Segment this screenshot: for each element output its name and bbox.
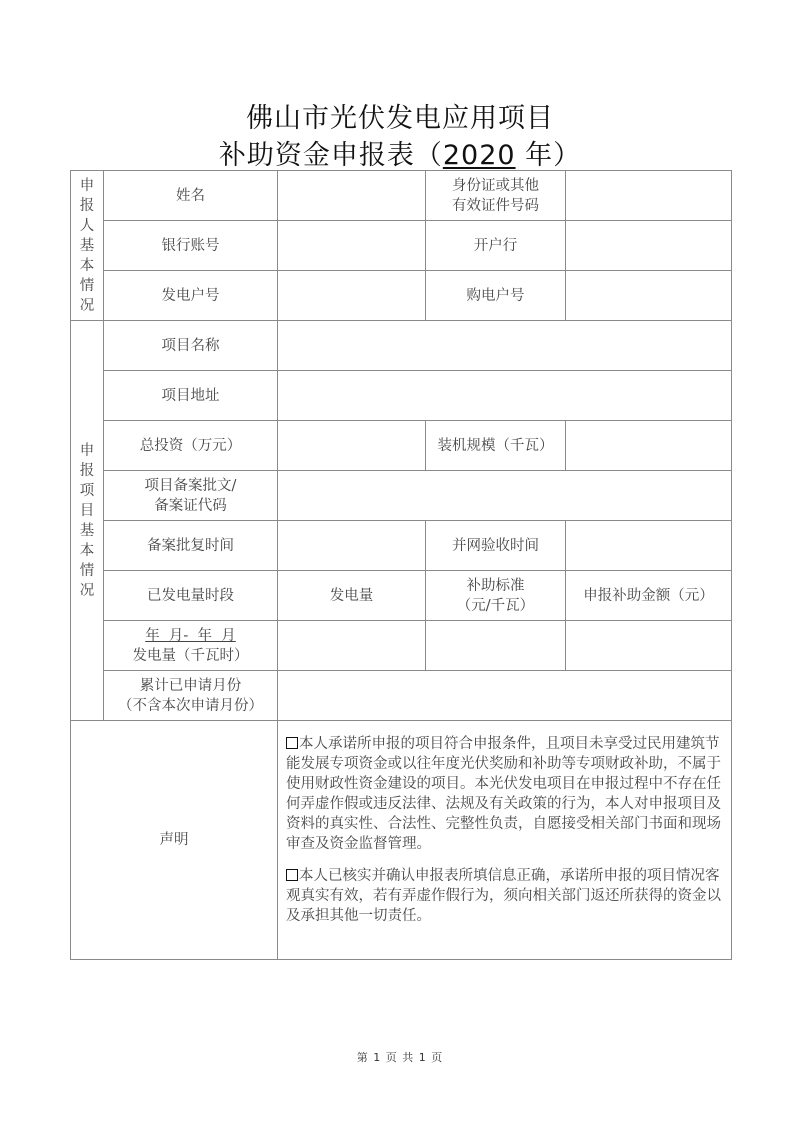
id-number-field[interactable] — [566, 171, 732, 221]
section-char: 报 — [71, 461, 103, 481]
period-unit: 发电量（千瓦时） — [133, 648, 249, 664]
capacity-field[interactable] — [566, 421, 732, 471]
declaration-item-1: 本人承诺所申报的项目符合申报条件，且项目未享受过民用建筑节能发展专项资金或以往年… — [286, 734, 723, 854]
gen-account-label: 发电户号 — [104, 271, 278, 321]
investment-label: 总投资（万元） — [104, 421, 278, 471]
row-declaration: 声明 本人承诺所申报的项目符合申报条件，且项目未享受过民用建筑节能发展专项资金或… — [71, 721, 732, 960]
section-char: 基 — [71, 521, 103, 541]
id-label-line1: 身份证或其他 — [452, 178, 539, 194]
bank-label: 开户行 — [426, 221, 566, 271]
form-title-line1: 佛山市光伏发电应用项目 — [0, 96, 800, 135]
capacity-label: 装机规模（千瓦） — [426, 421, 566, 471]
row-generation-header: 已发电量时段 发电量 补助标准（元/千瓦） 申报补助金额（元） — [71, 571, 732, 621]
period-range: 年 月- 年 月 — [145, 628, 236, 644]
declaration-item-2: 本人已核实并确认申报表所填信息正确，承诺所申报的项目情况客观真实有效，若有弄虚作… — [286, 866, 723, 926]
months-label-line2: （不含本次申请月份） — [118, 698, 263, 714]
grid-time-label: 并网验收时间 — [426, 521, 566, 571]
declaration-item-2-text: 本人已核实并确认申报表所填信息正确，承诺所申报的项目情况客观真实有效，若有弄虚作… — [286, 868, 721, 924]
row-times: 备案批复时间 并网验收时间 — [71, 521, 732, 571]
id-number-label: 身份证或其他有效证件号码 — [426, 171, 566, 221]
row-name: 申 报 人 基 本 情 况 姓名 身份证或其他有效证件号码 — [71, 171, 732, 221]
filing-label-line2: 备案证代码 — [154, 498, 227, 514]
section-char: 目 — [71, 501, 103, 521]
checkbox-icon[interactable] — [286, 737, 298, 749]
project-address-label: 项目地址 — [104, 371, 278, 421]
row-generation-values: 年 月- 年 月发电量（千瓦时） — [71, 621, 732, 671]
project-name-label: 项目名称 — [104, 321, 278, 371]
row-applied-months: 累计已申请月份（不含本次申请月份） — [71, 671, 732, 721]
section-char: 申 — [71, 441, 103, 461]
subsidy-standard-header: 补助标准（元/千瓦） — [426, 571, 566, 621]
subsidy-std-line2: （元/千瓦） — [457, 598, 534, 614]
section-char: 情 — [71, 561, 103, 581]
subsidy-std-line1: 补助标准 — [467, 578, 525, 594]
buy-account-field[interactable] — [566, 271, 732, 321]
investment-field[interactable] — [278, 421, 426, 471]
filing-field[interactable] — [278, 471, 732, 521]
application-form-table: 申 报 人 基 本 情 况 姓名 身份证或其他有效证件号码 银行账号 开户行 发… — [70, 170, 732, 960]
row-investment: 总投资（万元） 装机规模（千瓦） — [71, 421, 732, 471]
project-address-field[interactable] — [278, 371, 732, 421]
declaration-item-1-text: 本人承诺所申报的项目符合申报条件，且项目未享受过民用建筑节能发展专项资金或以往年… — [286, 736, 721, 852]
row-bank: 银行账号 开户行 — [71, 221, 732, 271]
checkbox-icon[interactable] — [286, 869, 298, 881]
declaration-label: 声明 — [71, 721, 278, 960]
months-label-line1: 累计已申请月份 — [140, 678, 242, 694]
name-field[interactable] — [278, 171, 426, 221]
subsidy-amount-header: 申报补助金额（元） — [566, 571, 732, 621]
title-suffix: 年） — [516, 140, 582, 171]
buy-account-label: 购电户号 — [426, 271, 566, 321]
row-filing: 项目备案批文/备案证代码 — [71, 471, 732, 521]
project-name-field[interactable] — [278, 321, 732, 371]
section-char: 本 — [71, 256, 103, 276]
period-header: 已发电量时段 — [104, 571, 278, 621]
gen-account-field[interactable] — [278, 271, 426, 321]
id-label-line2: 有效证件号码 — [452, 198, 539, 214]
row-accounts: 发电户号 购电户号 — [71, 271, 732, 321]
filing-label: 项目备案批文/备案证代码 — [104, 471, 278, 521]
declaration-text: 本人承诺所申报的项目符合申报条件，且项目未享受过民用建筑节能发展专项资金或以往年… — [278, 721, 732, 960]
grid-time-field[interactable] — [566, 521, 732, 571]
bank-field[interactable] — [566, 221, 732, 271]
generation-header: 发电量 — [278, 571, 426, 621]
subsidy-amount-field[interactable] — [566, 621, 732, 671]
generation-field[interactable] — [278, 621, 426, 671]
section-char: 基 — [71, 236, 103, 256]
name-label: 姓名 — [104, 171, 278, 221]
applied-months-field[interactable] — [278, 671, 732, 721]
row-project-address: 项目地址 — [71, 371, 732, 421]
approval-time-label: 备案批复时间 — [104, 521, 278, 571]
approval-time-field[interactable] — [278, 521, 426, 571]
section-char: 申 — [71, 176, 103, 196]
subsidy-standard-field[interactable] — [426, 621, 566, 671]
section-char: 报 — [71, 196, 103, 216]
title-year: 2020 — [443, 140, 516, 171]
section-char: 情 — [71, 276, 103, 296]
applied-months-label: 累计已申请月份（不含本次申请月份） — [104, 671, 278, 721]
section-char: 况 — [71, 581, 103, 601]
section-applicant-label: 申 报 人 基 本 情 况 — [71, 171, 104, 321]
bank-account-field[interactable] — [278, 221, 426, 271]
title-prefix: 补助资金申报表（ — [219, 140, 443, 171]
section-char: 人 — [71, 216, 103, 236]
section-char: 本 — [71, 541, 103, 561]
row-project-name: 申 报 项 目 基 本 情 况 项目名称 — [71, 321, 732, 371]
filing-label-line1: 项目备案批文/ — [145, 478, 237, 494]
bank-account-label: 银行账号 — [104, 221, 278, 271]
section-char: 况 — [71, 296, 103, 316]
form-title-line2: 补助资金申报表（2020 年） — [0, 133, 800, 172]
page-number: 第 1 页 共 1 页 — [0, 1049, 800, 1065]
section-project-label: 申 报 项 目 基 本 情 况 — [71, 321, 104, 721]
section-char: 项 — [71, 481, 103, 501]
period-cell[interactable]: 年 月- 年 月发电量（千瓦时） — [104, 621, 278, 671]
